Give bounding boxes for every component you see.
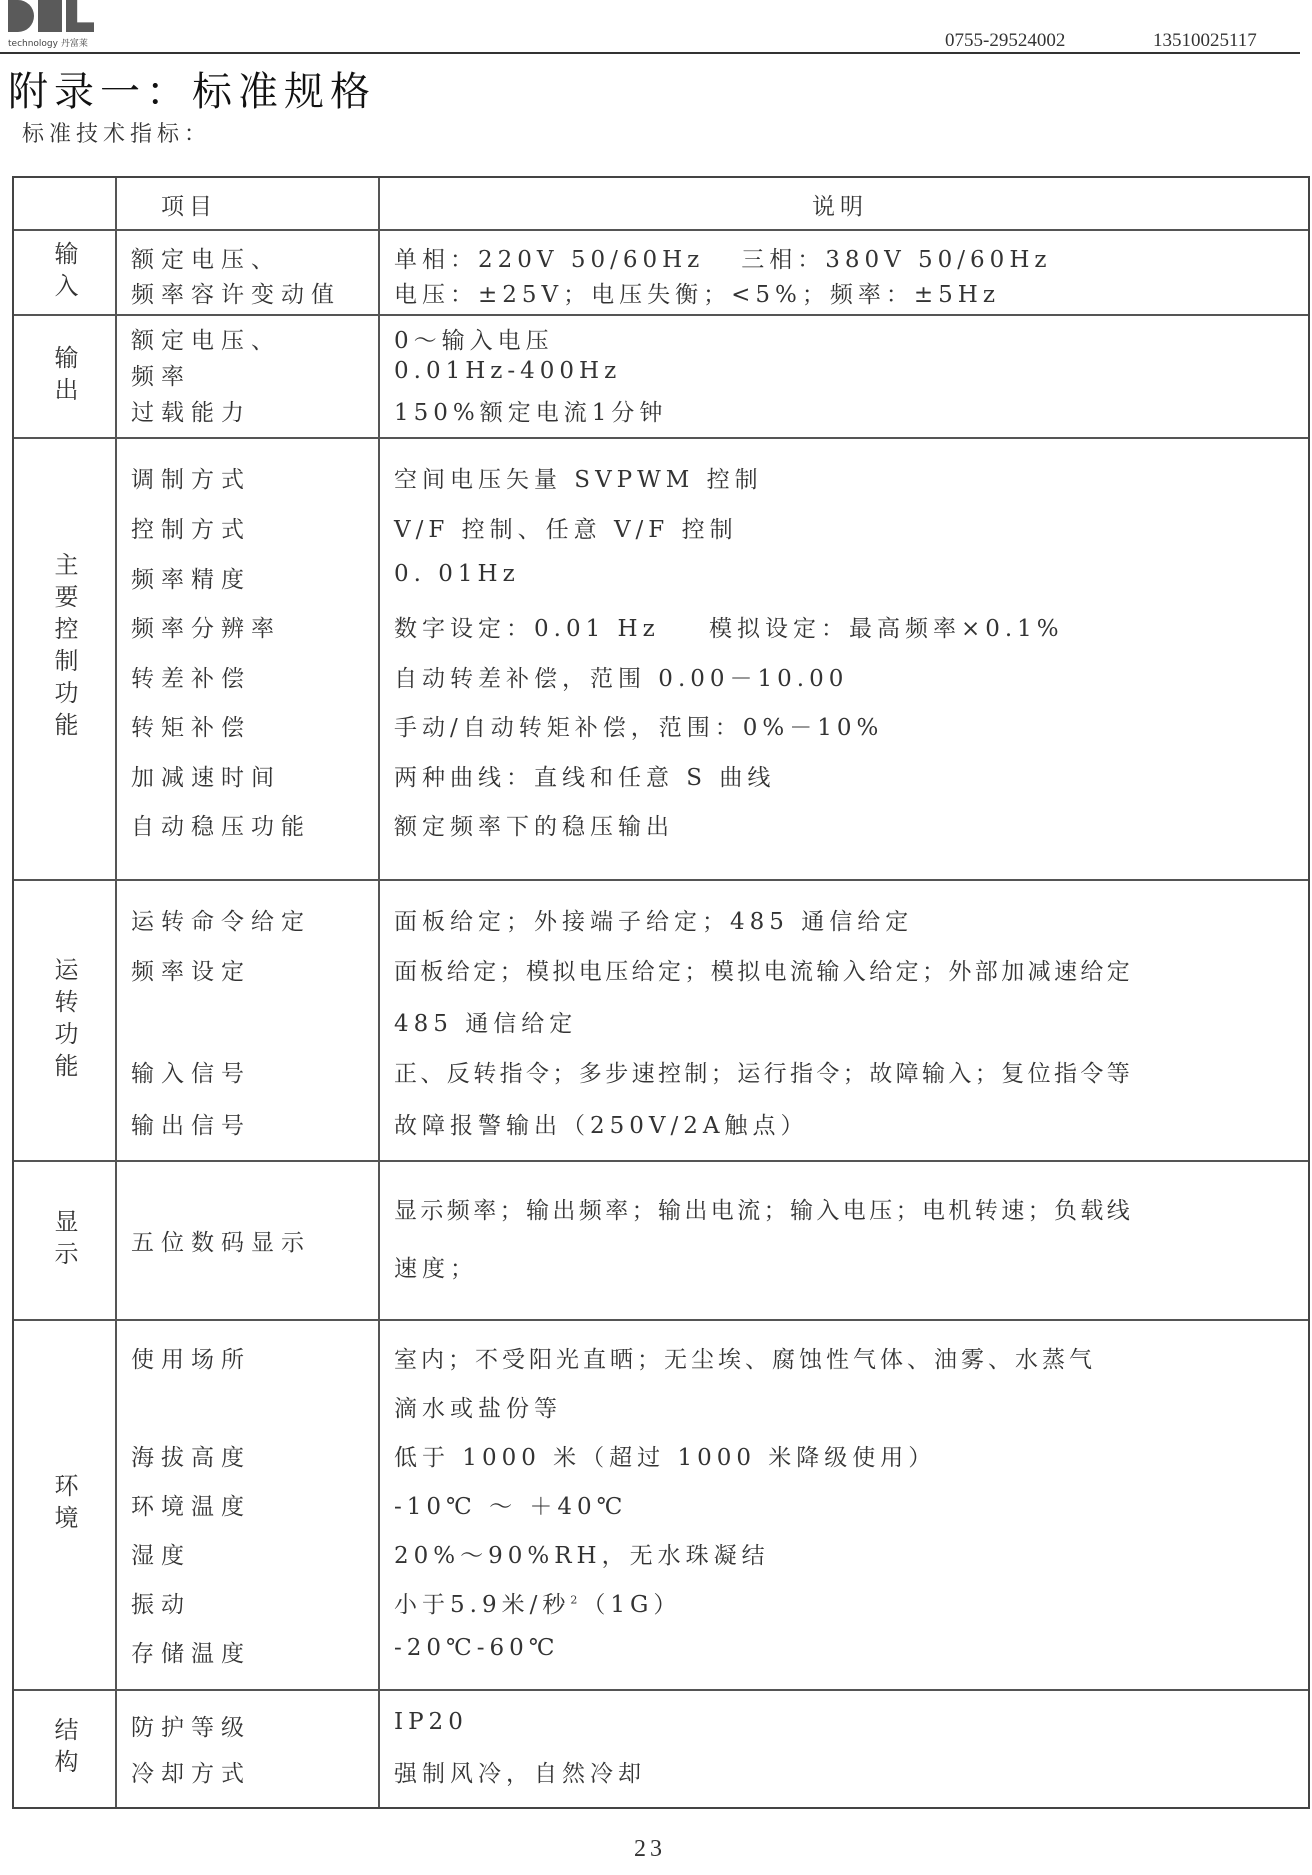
detail-text: 面板给定；模拟电压给定；模拟电流输入给定；外部加减速给定 bbox=[394, 953, 1133, 986]
detail-cell: 单相：220V 50/60Hz 三相：380V 50/60Hz 电压：±25V；… bbox=[380, 231, 1308, 314]
item-label: 转矩补偿 bbox=[131, 709, 251, 742]
page-number: 23 bbox=[634, 1836, 666, 1863]
table-row-output: 输出 额定电压、 频率 过载能力 0～输入电压 0.01Hz-400Hz 150… bbox=[14, 314, 1308, 437]
detail-text: 滴水或盐份等 bbox=[394, 1390, 562, 1423]
item-label: 额定电压、 bbox=[131, 241, 281, 274]
detail-text: IP20 bbox=[394, 1709, 468, 1735]
detail-text: 故障报警输出（250V/2A触点） bbox=[394, 1107, 809, 1140]
detail-text: 低于 1000 米（超过 1000 米降级使用） bbox=[394, 1439, 936, 1472]
item-cell: 五位数码显示 bbox=[117, 1162, 380, 1319]
category-label: 输出 bbox=[47, 345, 82, 409]
table-row-operation: 运转功能 运转命令给定 频率设定 输入信号 输出信号 面板给定；外接端子给定；4… bbox=[14, 879, 1308, 1160]
mobile-number: 13510025117 bbox=[1153, 30, 1257, 52]
detail-text: 空间电压矢量 SVPWM 控制 bbox=[394, 461, 763, 494]
item-label: 频率设定 bbox=[131, 953, 251, 986]
detail-cell: 面板给定；外接端子给定；485 通信给定 面板给定；模拟电压给定；模拟电流输入给… bbox=[380, 881, 1308, 1160]
column-header-item: 项目 bbox=[161, 188, 217, 221]
detail-text: 手动/自动转矩补偿，范围：0%－10% bbox=[394, 709, 883, 742]
detail-text: 小于5.9米/秒2（1G） bbox=[394, 1586, 681, 1619]
category-label: 输入 bbox=[47, 241, 82, 305]
detail-text: 额定频率下的稳压输出 bbox=[394, 808, 674, 841]
item-cell: 运转命令给定 频率设定 输入信号 输出信号 bbox=[117, 881, 380, 1160]
detail-text: 电压：±25V；电压失衡；<5%；频率：±5Hz bbox=[394, 276, 1000, 309]
detail-cell: 室内；不受阳光直晒；无尘埃、腐蚀性气体、油雾、水蒸气 滴水或盐份等 低于 100… bbox=[380, 1321, 1308, 1689]
item-label: 频率 bbox=[131, 358, 191, 391]
table-row-environment: 环境 使用场所 海拔高度 环境温度 湿度 振动 存储温度 室内；不受阳光直晒；无… bbox=[14, 1319, 1308, 1689]
item-label: 存储温度 bbox=[131, 1635, 251, 1668]
detail-text: 强制风冷，自然冷却 bbox=[394, 1755, 646, 1788]
table-row-display: 显示 五位数码显示 显示频率；输出频率；输出电流；输入电压；电机转速；负载线 速… bbox=[14, 1160, 1308, 1319]
item-label: 振动 bbox=[131, 1586, 191, 1619]
detail-cell: 显示频率；输出频率；输出电流；输入电压；电机转速；负载线 速度； bbox=[380, 1162, 1308, 1319]
header-divider bbox=[0, 52, 1300, 54]
item-label: 额定电压、 bbox=[131, 322, 281, 355]
item-label: 调制方式 bbox=[131, 461, 251, 494]
detail-text: 数字设定：0.01 Hz 模拟设定：最高频率×0.1% bbox=[394, 610, 1064, 643]
detail-cell: 0～输入电压 0.01Hz-400Hz 150%额定电流1分钟 bbox=[380, 316, 1308, 437]
category-label: 显示 bbox=[47, 1209, 82, 1273]
item-label: 自动稳压功能 bbox=[131, 808, 311, 841]
detail-text: 0～输入电压 bbox=[394, 322, 554, 355]
item-label: 转差补偿 bbox=[131, 660, 251, 693]
category-label: 结构 bbox=[47, 1717, 82, 1781]
item-label: 输出信号 bbox=[131, 1107, 251, 1140]
category-cell: 环境 bbox=[14, 1321, 117, 1689]
category-cell: 输出 bbox=[14, 316, 117, 437]
company-logo: technology 丹富莱 bbox=[8, 0, 98, 50]
item-label: 冷却方式 bbox=[131, 1755, 251, 1788]
category-label: 主要控制功能 bbox=[47, 552, 82, 744]
item-label: 海拔高度 bbox=[131, 1439, 251, 1472]
item-cell: 防护等级 冷却方式 bbox=[117, 1691, 380, 1807]
item-label: 运转命令给定 bbox=[131, 903, 311, 936]
detail-text: 485 通信给定 bbox=[394, 1005, 577, 1038]
item-label: 防护等级 bbox=[131, 1709, 251, 1742]
category-cell: 结构 bbox=[14, 1691, 117, 1807]
item-label: 控制方式 bbox=[131, 511, 251, 544]
item-label: 加减速时间 bbox=[131, 759, 281, 792]
header-category-cell bbox=[14, 178, 117, 229]
detail-text: -20℃-60℃ bbox=[394, 1635, 560, 1661]
detail-text: 两种曲线：直线和任意 S 曲线 bbox=[394, 759, 775, 792]
detail-text: 单相：220V 50/60Hz 三相：380V 50/60Hz bbox=[394, 241, 1052, 274]
detail-text: 室内；不受阳光直晒；无尘埃、腐蚀性气体、油雾、水蒸气 bbox=[394, 1341, 1096, 1374]
category-label: 运转功能 bbox=[47, 957, 82, 1085]
detail-text: 150%额定电流1分钟 bbox=[394, 394, 667, 427]
table-header-row: 项目 说明 bbox=[14, 178, 1308, 229]
detail-cell: IP20 强制风冷，自然冷却 bbox=[380, 1691, 1308, 1807]
item-cell: 使用场所 海拔高度 环境温度 湿度 振动 存储温度 bbox=[117, 1321, 380, 1689]
detail-text: 正、反转指令；多步速控制；运行指令；故障输入；复位指令等 bbox=[394, 1055, 1133, 1088]
category-cell: 主要控制功能 bbox=[14, 439, 117, 879]
detail-text: 显示频率；输出频率；输出电流；输入电压；电机转速；负载线 bbox=[394, 1192, 1133, 1225]
page-subtitle: 标准技术指标： bbox=[22, 117, 211, 148]
item-label: 五位数码显示 bbox=[131, 1224, 311, 1257]
header-detail-cell: 说明 bbox=[380, 178, 1308, 229]
detail-text: 自动转差补偿，范围 0.00－10.00 bbox=[394, 660, 848, 693]
detail-text: 0.01Hz-400Hz bbox=[394, 358, 621, 384]
category-cell: 运转功能 bbox=[14, 881, 117, 1160]
item-label: 环境温度 bbox=[131, 1488, 251, 1521]
item-label: 湿度 bbox=[131, 1537, 191, 1570]
header-item-cell: 项目 bbox=[117, 178, 380, 229]
category-cell: 输入 bbox=[14, 231, 117, 314]
item-label: 过载能力 bbox=[131, 394, 251, 427]
item-label: 频率分辨率 bbox=[131, 610, 281, 643]
dfl-logo-icon bbox=[8, 0, 94, 32]
detail-text: 速度； bbox=[394, 1250, 478, 1283]
category-label: 环境 bbox=[47, 1473, 82, 1537]
table-row-main-control: 主要控制功能 调制方式 控制方式 频率精度 频率分辨率 转差补偿 转矩补偿 加减… bbox=[14, 437, 1308, 879]
category-cell: 显示 bbox=[14, 1162, 117, 1319]
item-cell: 额定电压、 频率容许变动值 bbox=[117, 231, 380, 314]
item-label: 频率容许变动值 bbox=[131, 276, 341, 309]
detail-text: -10℃ ～ ＋40℃ bbox=[394, 1488, 627, 1521]
item-label: 频率精度 bbox=[131, 561, 251, 594]
detail-text: 20%～90%RH，无水珠凝结 bbox=[394, 1537, 770, 1570]
item-cell: 额定电压、 频率 过载能力 bbox=[117, 316, 380, 437]
page-title: 附录一：标准规格 bbox=[8, 60, 376, 117]
item-cell: 调制方式 控制方式 频率精度 频率分辨率 转差补偿 转矩补偿 加减速时间 自动稳… bbox=[117, 439, 380, 879]
detail-cell: 空间电压矢量 SVPWM 控制 V/F 控制、任意 V/F 控制 0. 01Hz… bbox=[380, 439, 1308, 879]
logo-tagline: technology 丹富莱 bbox=[8, 36, 88, 49]
detail-text: V/F 控制、任意 V/F 控制 bbox=[394, 511, 738, 544]
item-label: 使用场所 bbox=[131, 1341, 251, 1374]
detail-text: 0. 01Hz bbox=[394, 561, 520, 587]
item-label: 输入信号 bbox=[131, 1055, 251, 1088]
table-row-input: 输入 额定电压、 频率容许变动值 单相：220V 50/60Hz 三相：380V… bbox=[14, 229, 1308, 314]
detail-text: 面板给定；外接端子给定；485 通信给定 bbox=[394, 903, 913, 936]
table-row-structure: 结构 防护等级 冷却方式 IP20 强制风冷，自然冷却 bbox=[14, 1689, 1308, 1807]
spec-table: 项目 说明 输入 额定电压、 频率容许变动值 单相：220V 50/60Hz 三… bbox=[12, 176, 1310, 1809]
column-header-detail: 说明 bbox=[812, 188, 868, 221]
phone-number: 0755-29524002 bbox=[945, 30, 1065, 52]
